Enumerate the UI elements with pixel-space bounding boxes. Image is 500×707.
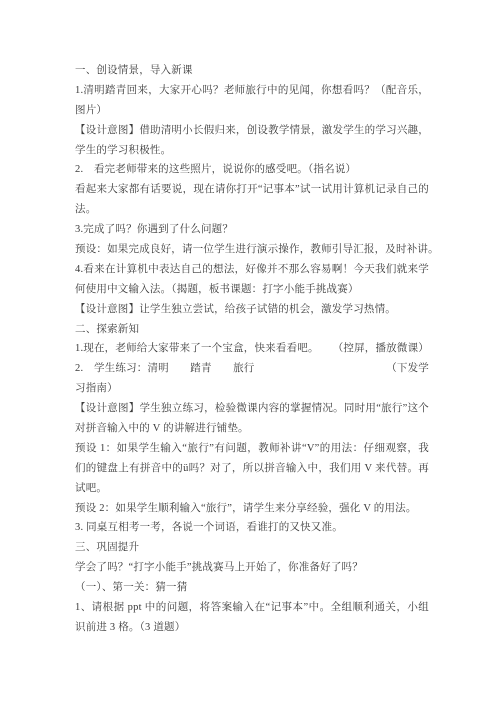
text-line: 们的键盘上有拼音中的ü吗？对了，所以拼音输入中，我们用 V 来代替。再来试 — [75, 459, 429, 479]
text-line: 【设计意图】借助清明小长假归来，创设教学情景，激发学生的学习兴趣，调动 — [75, 121, 429, 141]
text-line: 预设：如果完成良好，请一位学生进行演示操作，教师引导汇报，及时补讲。 — [75, 240, 429, 260]
text-line: 三、巩固提升 — [75, 538, 429, 558]
text-line: 习指南） — [75, 379, 429, 399]
text-line: 3. 同桌互相考一考，各说一个词语，看谁打的又快又准。 — [75, 518, 429, 538]
text-line: 3.完成了吗？你遇到了什么问题？ — [75, 220, 429, 240]
text-line: 图片） — [75, 101, 429, 121]
text-line: 1.现在，老师给大家带来了一个宝盒，快来看看吧。（控屏，播放微课） — [75, 339, 429, 359]
text-segment-right: （控屏，播放微课） — [333, 339, 429, 359]
text-segment-left: 2. 学生练习：清明 踏青 旅行 — [75, 359, 254, 379]
text-line: 对拼音输入中的 V 的讲解进行铺垫。 — [75, 419, 429, 439]
text-line: 1、请根据 ppt 中的问题，将答案输入在“记事本”中。全组顺利通关，小组标 — [75, 598, 429, 618]
text-line: 【设计意图】让学生独立尝试，给孩子试错的机会，激发学习热情。 — [75, 300, 429, 320]
document-body: 一、创设情景，导入新课1.清明踏青回来，大家开心吗？老师旅行中的见闻，你想看吗？… — [75, 61, 429, 638]
text-line: 预设 2：如果学生顺利输入“旅行”，请学生来分享经验，强化 V 的用法。 — [75, 499, 429, 519]
text-segment-left: 1.现在，老师给大家带来了一个宝盒，快来看看吧。 — [75, 339, 319, 359]
text-line: 看起来大家都有话要说，现在请你打开“记事本”试一试用计算机记录自己的想 — [75, 180, 429, 200]
text-line: 2. 学生练习：清明 踏青 旅行（下发学 — [75, 359, 429, 379]
text-line: 1.清明踏青回来，大家开心吗？老师旅行中的见闻，你想看吗？（配音乐，播放 — [75, 81, 429, 101]
text-line: 4.看来在计算机中表达自己的想法，好像并不那么容易啊！今天我们就来学习如 — [75, 260, 429, 280]
text-line: 识前进 3 格。（3 道题） — [75, 618, 429, 638]
text-line: 一、创设情景，导入新课 — [75, 61, 429, 81]
document-page: 一、创设情景，导入新课1.清明踏青回来，大家开心吗？老师旅行中的见闻，你想看吗？… — [0, 0, 500, 707]
text-line: 学会了吗？“打字小能手”挑战赛马上开始了，你准备好了吗？ — [75, 558, 429, 578]
text-line: 试吧。 — [75, 479, 429, 499]
text-line: 预设 1：如果学生输入“旅行”有问题，教师补讲“V”的用法：仔细观察，我 — [75, 439, 429, 459]
text-line: 学生的学习积极性。 — [75, 141, 429, 161]
text-line: （一）、第一关：猜一猜 — [75, 578, 429, 598]
text-line: 二、探索新知 — [75, 320, 429, 340]
text-line: 【设计意图】学生独立练习，检验微课内容的掌握情况。同时用“旅行”这个词， — [75, 399, 429, 419]
text-line: 何使用中文输入法。（揭题，板书课题：打字小能手挑战赛） — [75, 280, 429, 300]
text-segment-right: （下发学 — [386, 359, 429, 379]
text-line: 2. 看完老师带来的这些照片，说说你的感受吧。（指名说） — [75, 160, 429, 180]
text-line: 法。 — [75, 200, 429, 220]
